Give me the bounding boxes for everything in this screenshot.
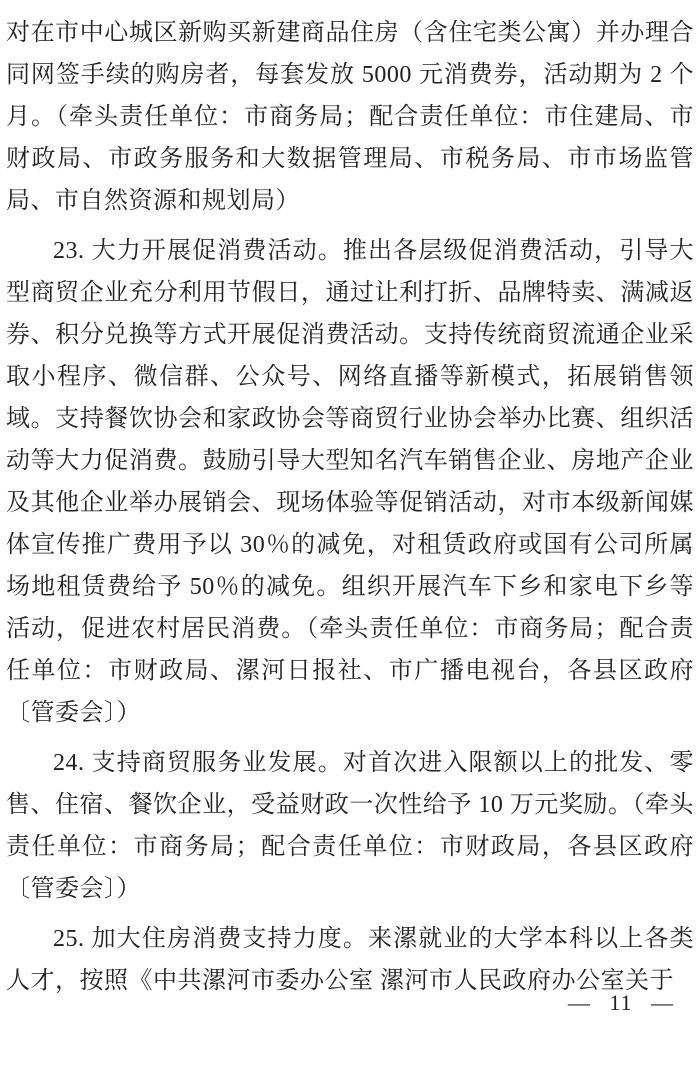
document-page: 对在市中心城区新购买新建商品住房（含住宅类公寓）并办理合同网签手续的购房者，每套…	[0, 0, 700, 1088]
paragraph-item-23: 23. 大力开展促消费活动。推出各层级促消费活动，引导大型商贸企业充分利用节假日…	[6, 230, 694, 734]
page-number: — 11 —	[568, 991, 674, 1015]
paragraph-item-24: 24. 支持商贸服务业发展。对首次进入限额以上的批发、零售、住宿、餐饮企业，受益…	[6, 742, 694, 910]
paragraph-continuation: 对在市中心城区新购买新建商品住房（含住宅类公寓）并办理合同网签手续的购房者，每套…	[6, 12, 694, 222]
document-body: 对在市中心城区新购买新建商品住房（含住宅类公寓）并办理合同网签手续的购房者，每套…	[6, 12, 694, 1002]
